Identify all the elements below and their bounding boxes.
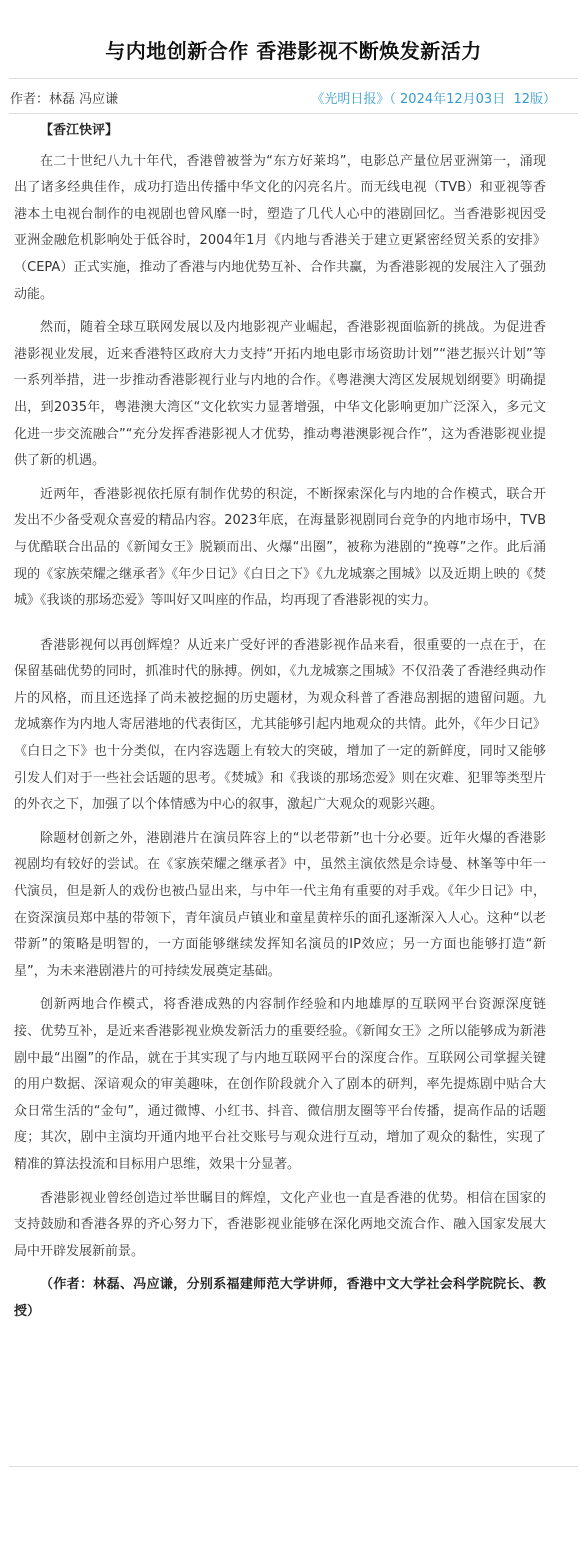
paragraph: 香港影视业曾经创造过举世瞩目的辉煌，文化产业也一直是香港的优势。相信在国家的支持… bbox=[14, 1186, 546, 1266]
paragraph: 创新两地合作模式，将香港成熟的内容制作经验和内地雄厚的互联网平台资源深度链接、优… bbox=[14, 992, 546, 1178]
bottom-divider bbox=[9, 1466, 578, 1467]
article-title: 与内地创新合作 香港影视不断焕发新活力 bbox=[0, 35, 587, 64]
article-meta: 作者：林磊 冯应谦 《光明日报》（ 2024年12月03日 12版） bbox=[10, 88, 556, 112]
meta-bottom-divider bbox=[9, 113, 578, 114]
paragraph: 然而，随着全球互联网发展以及内地影视产业崛起，香港影视面临新的挑战。为促进香港影… bbox=[14, 315, 546, 475]
article-body: 【香江快评】 在二十世纪八九十年代，香港曾被誉为“东方好莱坞”，电影总产量位居亚… bbox=[14, 118, 546, 1333]
paragraph: 香港影视何以再创辉煌？从近来广受好评的香港影视作品来看，很重要的一点在于，在保留… bbox=[14, 633, 546, 819]
author-byline: （作者：林磊、冯应谦，分别系福建师范大学讲师，香港中文大学社会科学院院长、教授） bbox=[14, 1272, 546, 1325]
column-kicker: 【香江快评】 bbox=[14, 118, 546, 145]
author-line: 作者：林磊 冯应谦 bbox=[10, 88, 118, 107]
paragraph: 在二十世纪八九十年代，香港曾被誉为“东方好莱坞”，电影总产量位居亚洲第一，涌现出… bbox=[14, 149, 546, 309]
paragraph: 除题材创新之外，港剧港片在演员阵容上的“以老带新”也十分必要。近年火爆的香港影视… bbox=[14, 826, 546, 986]
paragraph: 近两年，香港影视依托原有制作优势的积淀，不断探索深化与内地的合作模式，联合开发出… bbox=[14, 482, 546, 615]
source-line: 《光明日报》（ 2024年12月03日 12版） bbox=[311, 88, 556, 107]
meta-top-divider bbox=[9, 78, 578, 79]
